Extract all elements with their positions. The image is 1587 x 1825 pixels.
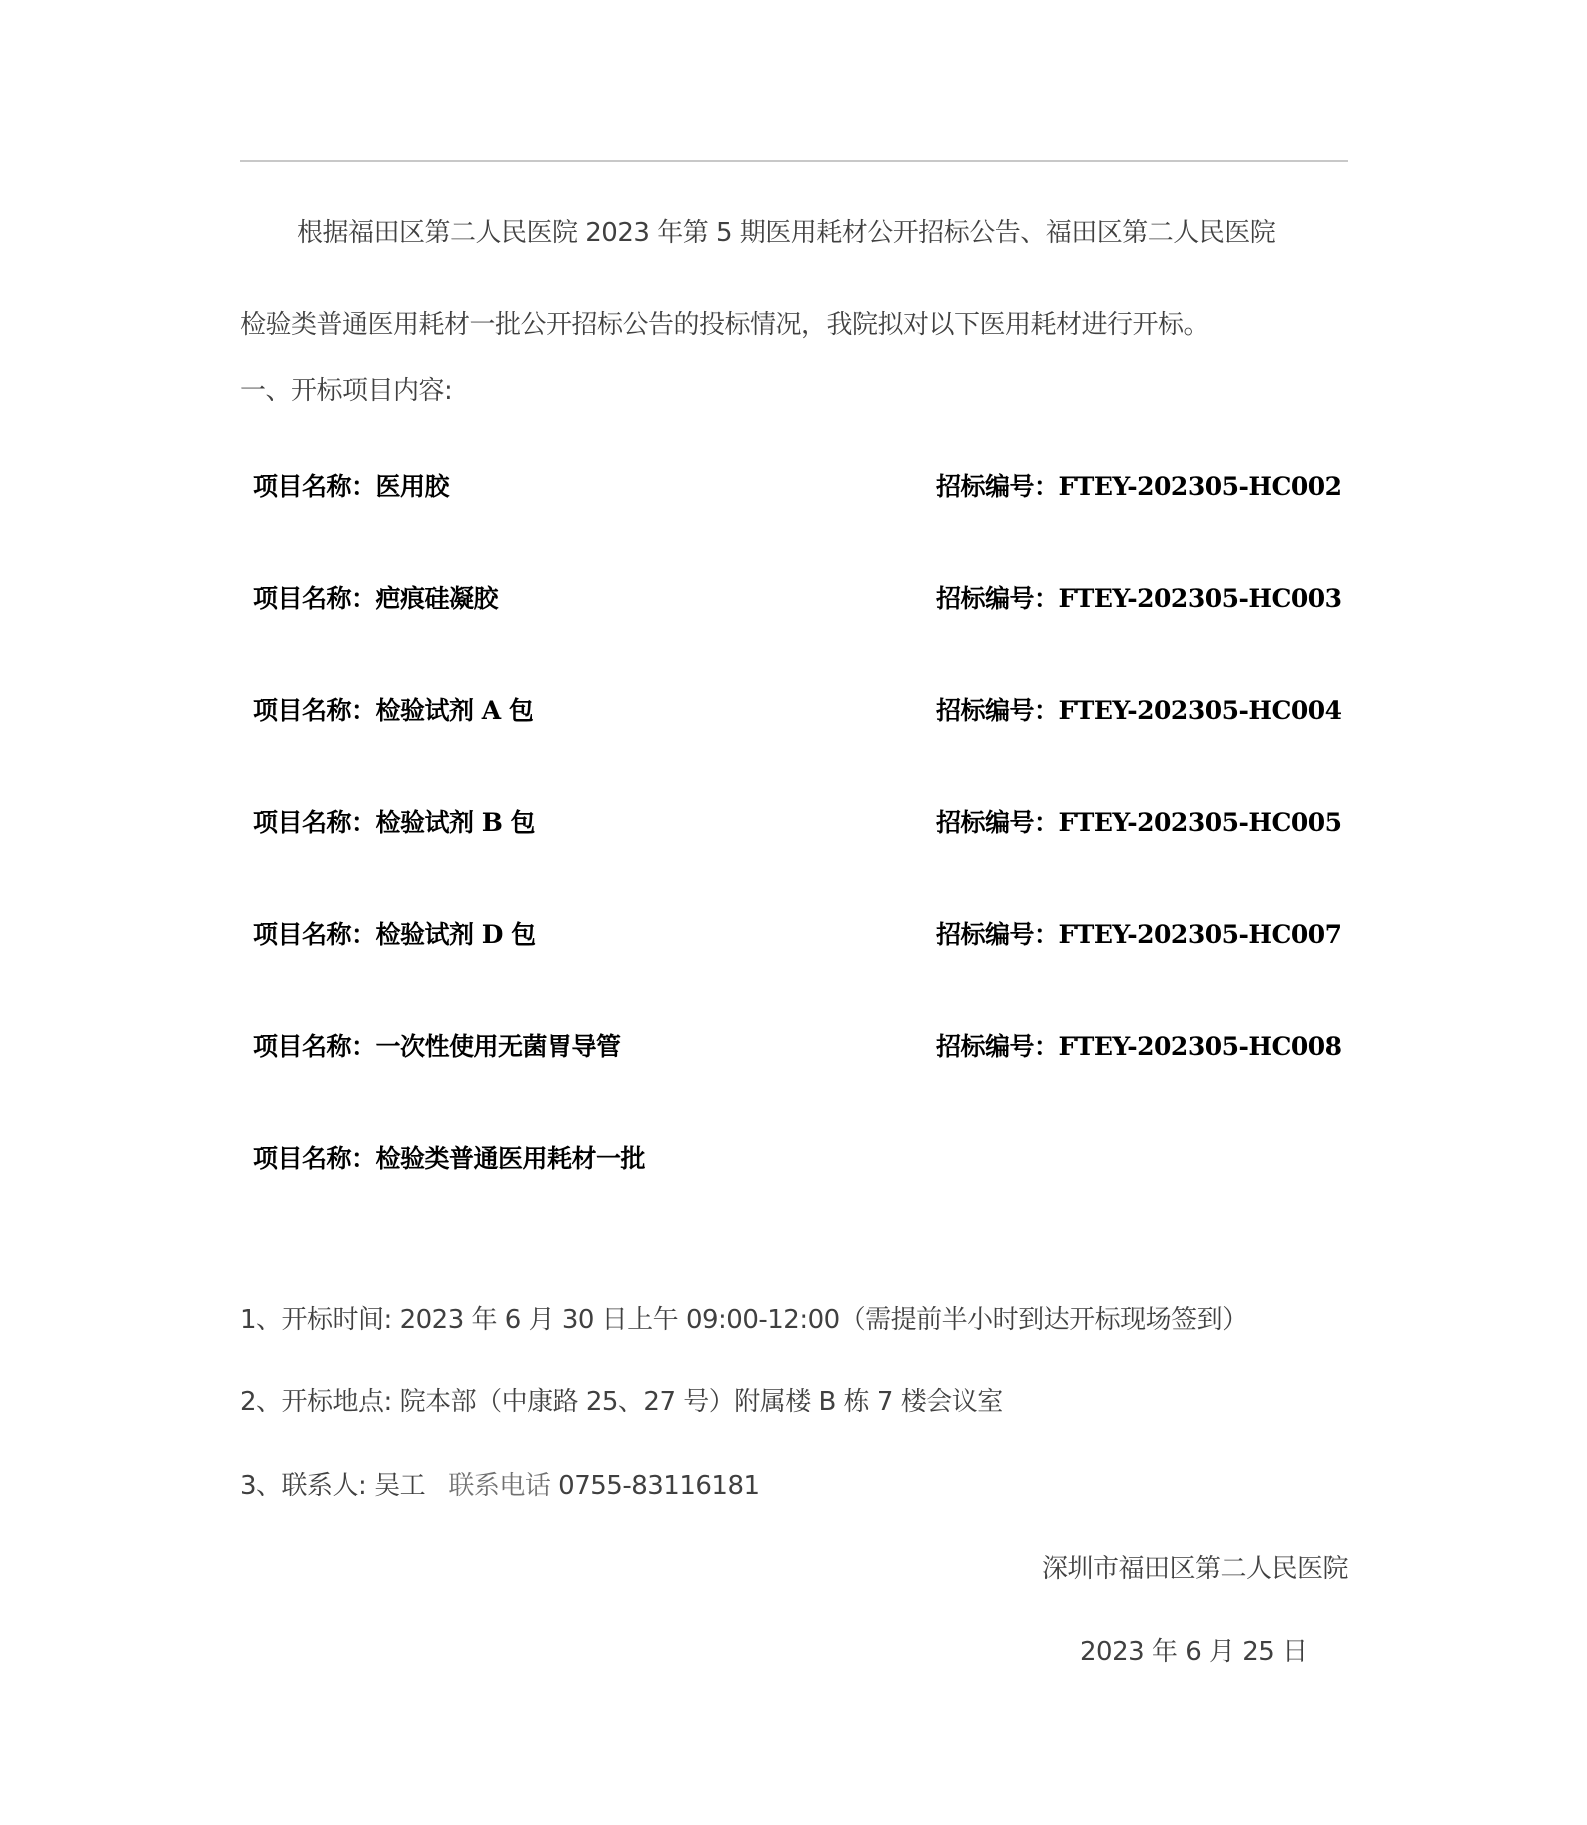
- project-item: 项目名称：检验试剂 B 包 招标编号：FTEY-202305-HC005: [0, 806, 1587, 840]
- bid-code-value: FTEY-202305-HC003: [1059, 584, 1342, 613]
- section-heading: 一、开标项目内容:: [240, 374, 452, 408]
- project-name-label: 项目名称：: [253, 1144, 376, 1173]
- bid-code-value: FTEY-202305-HC008: [1059, 1032, 1342, 1061]
- project-item: 项目名称：疤痕硅凝胶 招标编号：FTEY-202305-HC003: [0, 582, 1587, 616]
- bid-code: 招标编号：FTEY-202305-HC003: [936, 582, 1342, 616]
- bid-code: 招标编号：FTEY-202305-HC005: [936, 806, 1342, 840]
- bid-code-value: FTEY-202305-HC004: [1059, 696, 1342, 725]
- bid-code-label: 招标编号：: [936, 808, 1059, 837]
- project-name-value: 疤痕硅凝胶: [376, 584, 499, 613]
- project-name-label: 项目名称：: [253, 920, 376, 949]
- bid-code: 招标编号：FTEY-202305-HC008: [936, 1030, 1342, 1064]
- project-name-label: 项目名称：: [253, 472, 376, 501]
- project-name-label: 项目名称：: [253, 584, 376, 613]
- bid-code-value: FTEY-202305-HC002: [1059, 472, 1342, 501]
- project-name-value: 一次性使用无菌胃导管: [376, 1032, 621, 1061]
- opening-time: 1、开标时间: 2023 年 6 月 30 日上午 09:00-12:00（需提…: [240, 1303, 1248, 1337]
- bid-code-label: 招标编号：: [936, 920, 1059, 949]
- project-name: 项目名称：检验试剂 D 包: [253, 918, 536, 952]
- project-name-value: 检验试剂 A 包: [376, 696, 534, 725]
- project-item: 项目名称：检验类普通医用耗材一批: [0, 1142, 1587, 1176]
- project-item: 项目名称：医用胶 招标编号：FTEY-202305-HC002: [0, 470, 1587, 504]
- project-item: 项目名称：一次性使用无菌胃导管 招标编号：FTEY-202305-HC008: [0, 1030, 1587, 1064]
- project-name: 项目名称：检验类普通医用耗材一批: [253, 1142, 645, 1176]
- project-item: 项目名称：检验试剂 A 包 招标编号：FTEY-202305-HC004: [0, 694, 1587, 728]
- header-divider: [240, 160, 1348, 162]
- project-name: 项目名称：检验试剂 B 包: [253, 806, 535, 840]
- intro-paragraph-line2: 检验类普通医用耗材一批公开招标公告的投标情况，我院拟对以下医用耗材进行开标。: [240, 308, 1209, 342]
- bid-code-label: 招标编号：: [936, 472, 1059, 501]
- project-name: 项目名称：一次性使用无菌胃导管: [253, 1030, 621, 1064]
- project-name: 项目名称：检验试剂 A 包: [253, 694, 533, 728]
- contact-phone-label: 联系电话: [448, 1471, 550, 1501]
- project-name: 项目名称：疤痕硅凝胶: [253, 582, 498, 616]
- bid-code-value: FTEY-202305-HC005: [1059, 808, 1342, 837]
- bid-code: 招标编号：FTEY-202305-HC004: [936, 694, 1342, 728]
- project-name-value: 医用胶: [376, 472, 450, 501]
- bid-code-value: FTEY-202305-HC007: [1059, 920, 1342, 949]
- project-name: 项目名称：医用胶: [253, 470, 449, 504]
- project-name-value: 检验试剂 D 包: [376, 920, 536, 949]
- signature-date: 2023 年 6 月 25 日: [1080, 1635, 1308, 1669]
- project-name-label: 项目名称：: [253, 1032, 376, 1061]
- opening-place: 2、开标地点: 院本部（中康路 25、27 号）附属楼 B 栋 7 楼会议室: [240, 1385, 1003, 1419]
- intro-paragraph-line1: 根据福田区第二人民医院 2023 年第 5 期医用耗材公开招标公告、福田区第二人…: [297, 216, 1275, 250]
- signature-organization: 深圳市福田区第二人民医院: [1042, 1552, 1348, 1586]
- bid-code-label: 招标编号：: [936, 696, 1059, 725]
- project-name-label: 项目名称：: [253, 808, 376, 837]
- bid-code: 招标编号：FTEY-202305-HC002: [936, 470, 1342, 504]
- project-name-value: 检验试剂 B 包: [376, 808, 536, 837]
- bid-code-label: 招标编号：: [936, 1032, 1059, 1061]
- bid-code-label: 招标编号：: [936, 584, 1059, 613]
- project-name-label: 项目名称：: [253, 696, 376, 725]
- contact-line: 3、联系人: 吴工 联系电话 0755-83116181: [240, 1469, 760, 1503]
- contact-phone: 0755-83116181: [558, 1471, 759, 1501]
- project-item: 项目名称：检验试剂 D 包 招标编号：FTEY-202305-HC007: [0, 918, 1587, 952]
- project-name-value: 检验类普通医用耗材一批: [376, 1144, 646, 1173]
- bid-code: 招标编号：FTEY-202305-HC007: [936, 918, 1342, 952]
- contact-person: 3、联系人: 吴工: [240, 1471, 425, 1501]
